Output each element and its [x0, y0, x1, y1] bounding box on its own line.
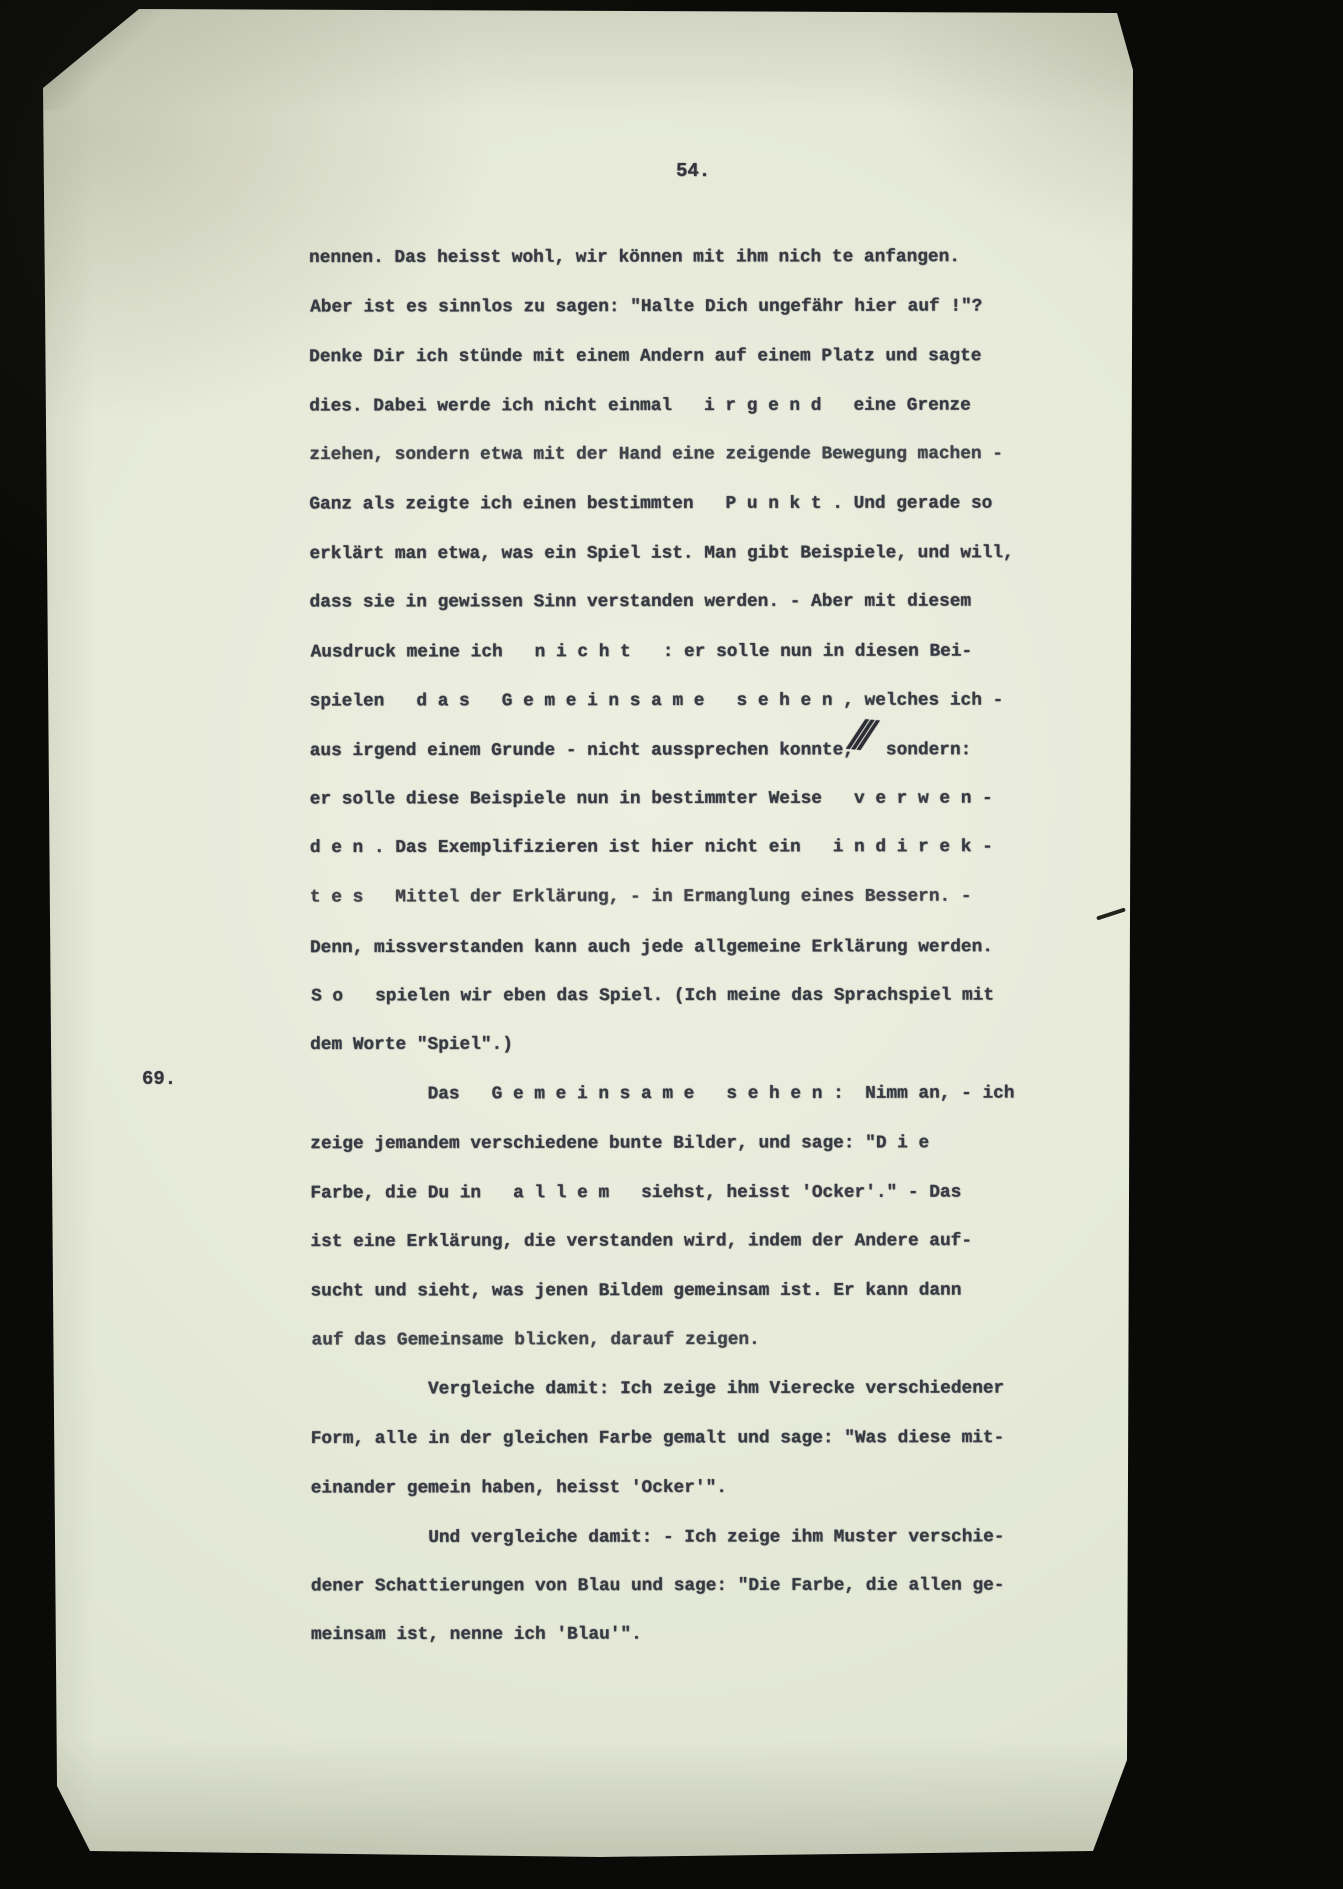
- text-line: spielen d a s G e m e i n s a m e s e h …: [310, 676, 1050, 726]
- text-line: Ausdruck meine ich n i c h t : er solle …: [311, 627, 1051, 677]
- text-line: aus irgend einem Grunde - nicht aussprec…: [310, 726, 1050, 776]
- text-line: Form, alle in der gleichen Farbe gemalt …: [311, 1413, 1051, 1463]
- margin-remark-number: 69.: [142, 1068, 176, 1090]
- document-page: 54. 69. nennen. Das heisst wohl, wir kön…: [0, 0, 1343, 1889]
- text-line: nennen. Das heisst wohl, wir können mit …: [309, 233, 1049, 283]
- text-line: Farbe, die Du in a l l e m siehst, heiss…: [310, 1168, 1050, 1218]
- text-line: zeige jemandem verschiedene bunte Bilder…: [310, 1119, 1050, 1169]
- text-line: erklärt man etwa, was ein Spiel ist. Man…: [309, 529, 1049, 579]
- text-line: Und vergleiche damit: - Ich zeige ihm Mu…: [311, 1513, 1051, 1563]
- edge-tear: [1096, 907, 1126, 920]
- text-line: meinsam ist, nenne ich 'Blau'".: [311, 1610, 1051, 1660]
- text-line: sucht und sieht, was jenen Bildem gemein…: [310, 1266, 1050, 1316]
- text-line: einander gemein haben, heisst 'Ocker'".: [311, 1463, 1051, 1513]
- corner-fold: [36, 0, 164, 110]
- text-line: S o spielen wir eben das Spiel. (Ich mei…: [311, 971, 1051, 1021]
- page-number: 54.: [676, 160, 710, 182]
- text-line: ziehen, sondern etwa mit der Hand eine z…: [309, 430, 1049, 480]
- text-line: t e s Mittel der Erklärung, - in Ermangl…: [310, 873, 1050, 923]
- text-line: Aber ist es sinnlos zu sagen: "Halte Dic…: [310, 283, 1050, 333]
- text-line: Ganz als zeigte ich einen bestimmten P u…: [309, 479, 1049, 529]
- text-line: dener Schattierungen von Blau und sage: …: [311, 1562, 1051, 1612]
- text-line: auf das Gemeinsame blicken, darauf zeige…: [312, 1316, 1052, 1366]
- text-line: Vergleiche damit: Ich zeige ihm Vierecke…: [311, 1365, 1051, 1415]
- text-line: dem Worte "Spiel".): [310, 1020, 1050, 1070]
- text-line: Denke Dir ich stünde mit einem Andern au…: [309, 332, 1049, 382]
- text-line: dies. Dabei werde ich nicht einmal i r g…: [309, 381, 1049, 431]
- text-line: er solle diese Beispiele nun in bestimmt…: [310, 775, 1050, 825]
- typewritten-text: nennen. Das heisst wohl, wir können mit …: [309, 233, 1051, 1660]
- text-line: Das G e m e i n s a m e s e h e n : Nimm…: [310, 1070, 1050, 1120]
- photo-background: 54. 69. nennen. Das heisst wohl, wir kön…: [0, 0, 1343, 1889]
- text-line: d e n . Das Exemplifizieren ist hier nic…: [310, 823, 1050, 873]
- text-line: dass sie in gewissen Sinn verstanden wer…: [309, 578, 1049, 628]
- text-line: Denn, missverstanden kann auch jede allg…: [310, 923, 1050, 973]
- text-line: ist eine Erklärung, die verstanden wird,…: [310, 1217, 1050, 1267]
